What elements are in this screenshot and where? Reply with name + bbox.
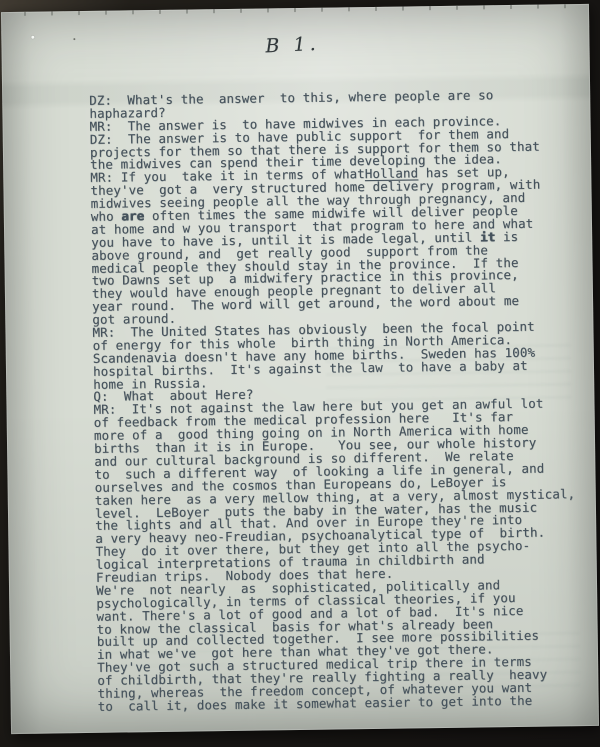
handwritten-page-label: B 1. — [265, 33, 320, 58]
paper-speck — [73, 38, 75, 40]
typed-text: DZ: What's the answer to this, where peo… — [89, 88, 592, 714]
torn-perforation-edge — [11, 4, 571, 16]
photo-backdrop: B 1. DZ: What's the answer to this, wher… — [0, 0, 600, 747]
paper-speck — [31, 36, 34, 39]
paper-sheet: B 1. DZ: What's the answer to this, wher… — [1, 4, 599, 734]
